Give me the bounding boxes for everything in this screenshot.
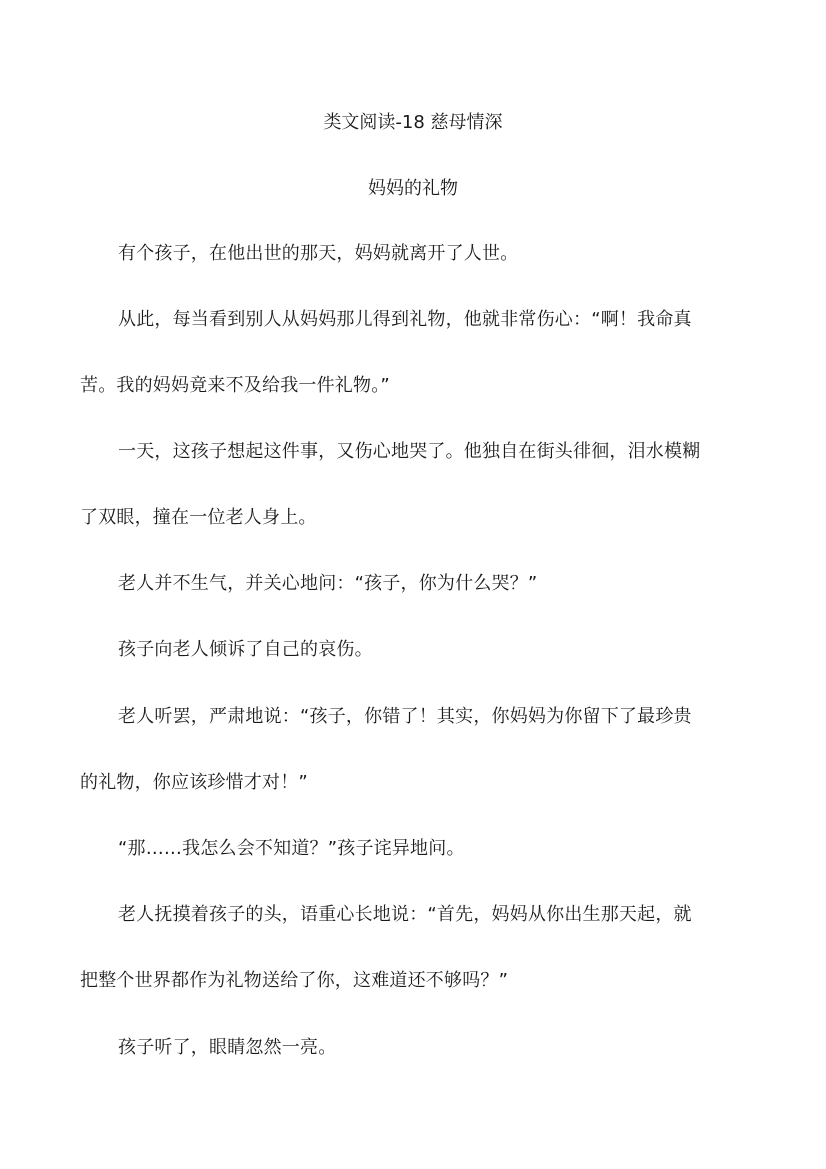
document-page: 类文阅读-18 慈母情深 妈妈的礼物 有个孩子，在他出世的那天，妈妈就离开了人世…	[0, 0, 826, 1169]
paragraph-line: 老人听罢，严肃地说：“孩子，你错了！其实，你妈妈为你留下了最珍贵	[118, 705, 692, 729]
paragraph-line: 苦。我的妈妈竟来不及给我一件礼物。”	[80, 374, 390, 398]
story-title: 妈妈的礼物	[0, 177, 826, 201]
paragraph-line: 的礼物，你应该珍惜才对！”	[80, 771, 308, 795]
paragraph-line: 一天，这孩子想起这件事，又伤心地哭了。他独自在街头徘徊，泪水模糊	[118, 440, 700, 464]
document-heading: 类文阅读-18 慈母情深	[0, 111, 826, 135]
paragraph-line: “那……我怎么会不知道？”孩子诧异地问。	[118, 837, 465, 861]
paragraph-line: 从此，每当看到别人从妈妈那儿得到礼物，他就非常伤心：“啊！我命真	[118, 308, 692, 332]
paragraph-line: 老人抚摸着孩子的头，语重心长地说：“首先，妈妈从你出生那天起，就	[118, 903, 692, 927]
paragraph-line: 孩子听了，眼睛忽然一亮。	[118, 1036, 336, 1060]
paragraph-line: 有个孩子，在他出世的那天，妈妈就离开了人世。	[118, 242, 518, 266]
paragraph-line: 孩子向老人倾诉了自己的哀伤。	[118, 638, 373, 662]
paragraph-line: 把整个世界都作为礼物送给了你，这难道还不够吗？”	[80, 969, 508, 993]
paragraph-line: 老人并不生气，并关心地问：“孩子，你为什么哭？”	[118, 572, 537, 596]
paragraph-line: 了双眼，撞在一位老人身上。	[80, 506, 317, 530]
